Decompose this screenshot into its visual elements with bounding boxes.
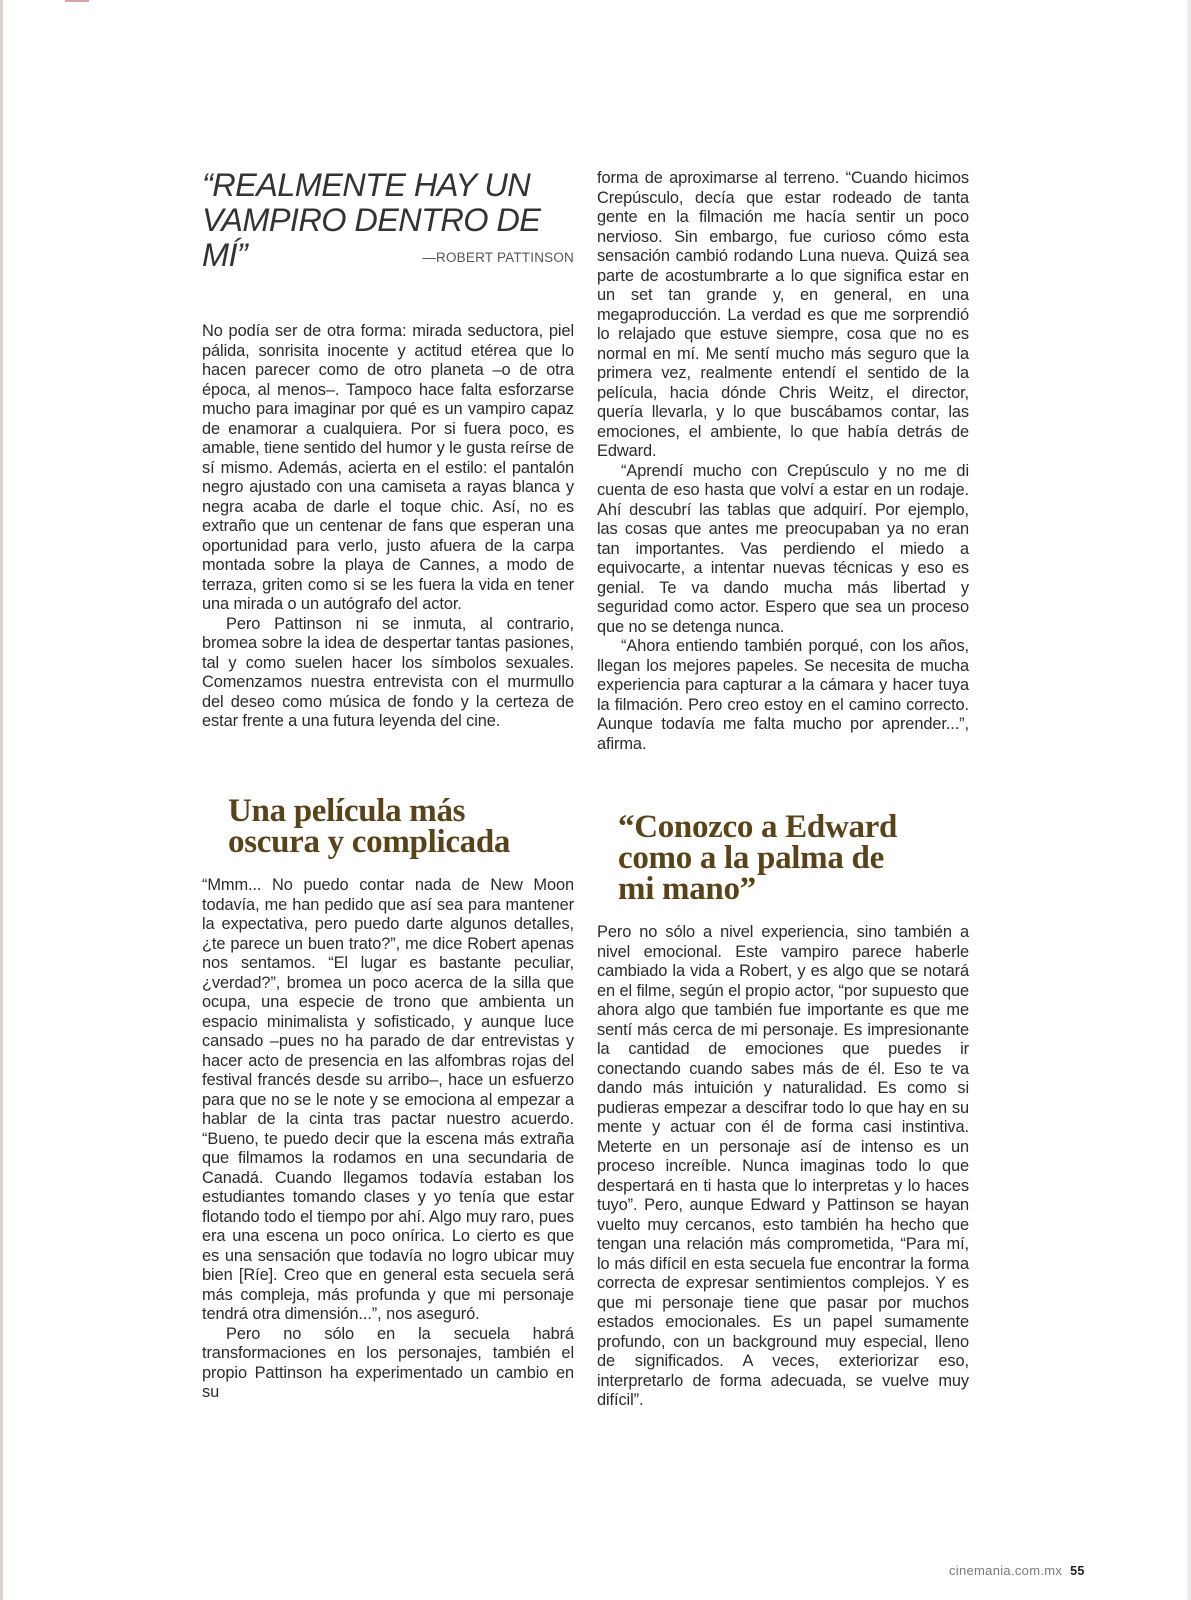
page-footer: cinemania.com.mx55 (949, 1563, 1085, 1578)
page-scan-mark (65, 0, 89, 2)
section-heading-2: “Conozco a Edward como a la palma de mi … (618, 812, 978, 905)
section-heading-2-line-3: mi mano” (618, 874, 978, 905)
section-heading-1: Una película más oscura y complicada (228, 796, 588, 858)
page-number: 55 (1070, 1564, 1085, 1578)
section-1-text: “Mmm... No puedo contar nada de New Moon… (202, 876, 574, 1403)
pull-quote-line-1: “Realmente hay un (202, 168, 574, 203)
right-continued-text: forma de aproximarse al terreno. “Cuando… (597, 169, 969, 754)
pull-quote-attribution: —ROBERT PATTINSON (422, 250, 574, 265)
page-scan-edge-left (0, 0, 3, 1600)
intro-paragraph-2: Pero Pattinson ni se inmuta, al contrari… (202, 615, 574, 732)
section-heading-1-line-1: Una película más (228, 796, 588, 827)
section-heading-2-line-1: “Conozco a Edward (618, 812, 978, 843)
right-paragraph-3: “Ahora entiendo también porqué, con los … (597, 637, 969, 754)
right-paragraph-2: “Aprendí mucho con Crepúsculo y no me di… (597, 462, 969, 638)
section-1-paragraph-1: “Mmm... No puedo contar nada de New Moon… (202, 876, 574, 1325)
intro-text: No podía ser de otra forma: mirada seduc… (202, 322, 574, 732)
section-1-paragraph-2: Pero no sólo en la secuela habrá transfo… (202, 1325, 574, 1403)
right-paragraph-1: forma de aproximarse al terreno. “Cuando… (597, 169, 969, 462)
section-2-paragraph-1: Pero no sólo a nivel experiencia, sino t… (597, 923, 969, 1411)
intro-paragraph-1: No podía ser de otra forma: mirada seduc… (202, 322, 574, 615)
footer-site-url: cinemania.com.mx (949, 1563, 1062, 1578)
page-scan-edge-right (1187, 0, 1191, 1600)
section-heading-2-line-2: como a la palma de (618, 843, 978, 874)
section-2-text: Pero no sólo a nivel experiencia, sino t… (597, 923, 969, 1411)
section-heading-1-line-2: oscura y complicada (228, 827, 588, 858)
